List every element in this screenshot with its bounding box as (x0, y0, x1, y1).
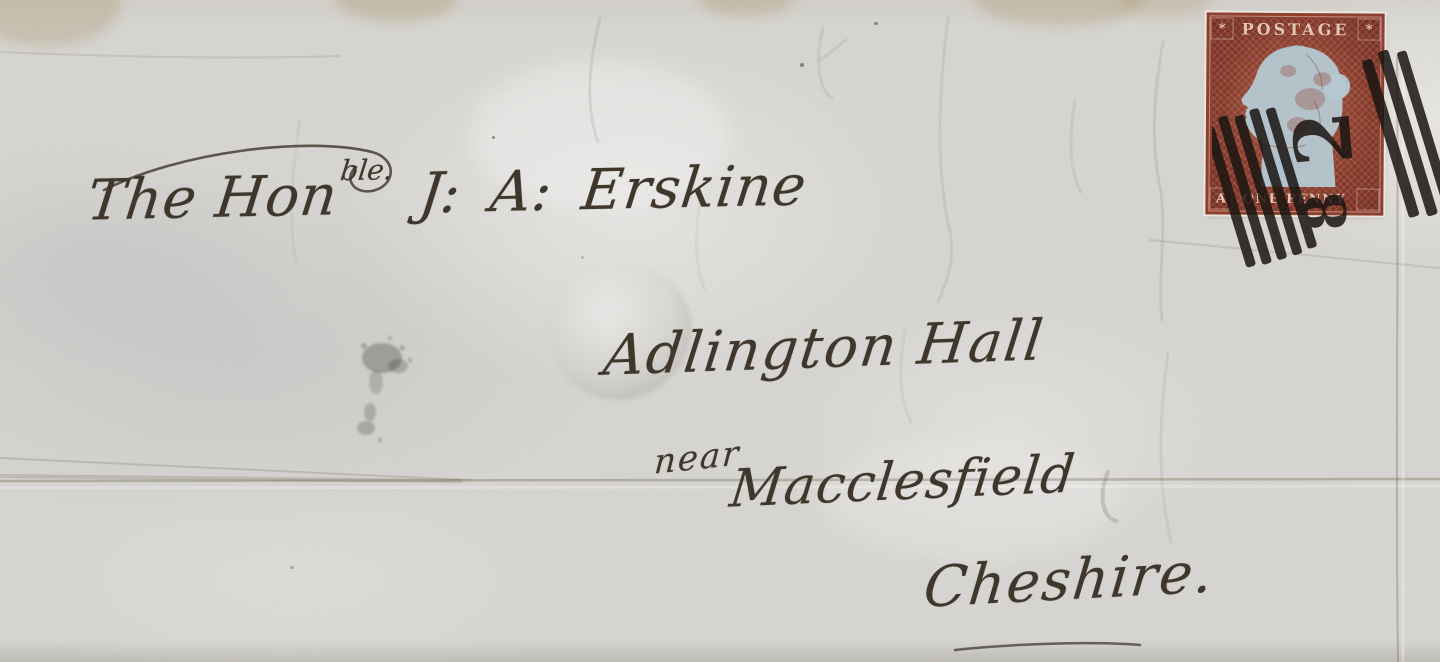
paper-speck (290, 566, 294, 569)
address-honorific: The Hon (84, 163, 342, 233)
paper-stain (0, 0, 120, 46)
envelope-paper: The Honble.J:A:Erskine Adlington Hall ne… (0, 0, 1440, 662)
honorific-superscript: ble. (338, 153, 394, 187)
address-initial: J: (416, 161, 465, 227)
fold-line-vertical (1397, 58, 1398, 662)
stamp-top-band: * POSTAGE * (1211, 16, 1381, 41)
paper-stain (336, 0, 456, 22)
word-gap (388, 213, 418, 214)
stamp-bottom-band: A ONE PENNY (1209, 186, 1379, 211)
address-line-1: The Honble.J:A:Erskine (84, 144, 812, 233)
one-penny-label: ONE PENNY (1232, 191, 1356, 207)
paper-speck (800, 63, 804, 67)
paper-speck (581, 256, 584, 259)
paper-speck (874, 22, 878, 25)
postage-stamp: * POSTAGE * A ONE PENNY (1205, 12, 1384, 215)
postage-label: POSTAGE (1234, 19, 1358, 39)
corner-star-icon: * (1211, 17, 1234, 39)
underline-flourish (955, 643, 1140, 650)
address-surname: Erskine (578, 153, 810, 223)
paper-stain (698, 0, 793, 16)
ink-smudge (340, 320, 450, 450)
queen-victoria-profile-icon (1209, 40, 1380, 187)
corner-letter-obscured (1356, 188, 1379, 210)
corner-letter: A (1209, 187, 1232, 209)
word-gap (550, 209, 580, 210)
word-gap (459, 211, 489, 212)
paper-speck (492, 136, 495, 139)
address-initial: A: (487, 159, 556, 225)
corner-star-icon: * (1358, 18, 1381, 40)
paper-stain (1120, 0, 1210, 18)
fold-line-horizontal (0, 479, 1440, 483)
stamp-vignette (1209, 40, 1380, 187)
paper-stain (975, 0, 1145, 26)
address-line-3: near (653, 433, 742, 483)
